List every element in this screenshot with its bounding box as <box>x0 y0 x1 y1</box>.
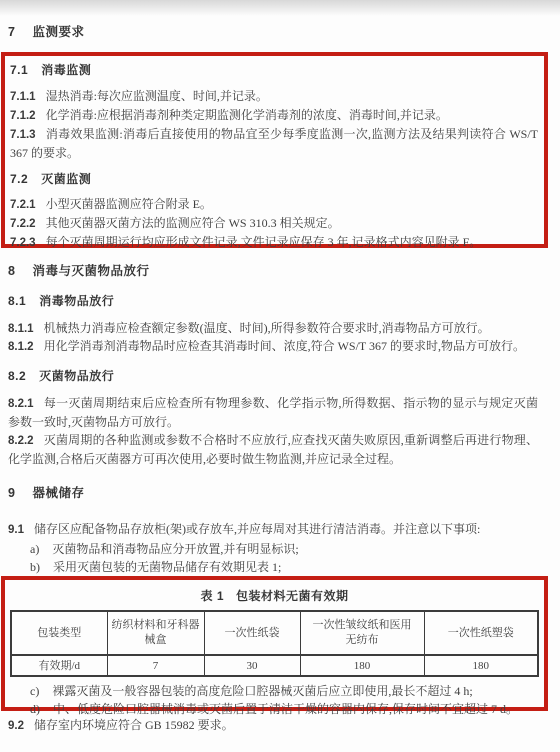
highlight-box-storage-table: 表 1包装材料无菌有效期 包装类型 纺织材料和牙科器械盒 一次性纸袋 一次性皱纹… <box>1 576 548 711</box>
list-item-letter: b) <box>30 560 40 574</box>
list-item-text: 采用灭菌包装的无菌物品储存有效期见表 1; <box>53 560 281 574</box>
clause-8-1-number: 8.1 <box>8 294 26 308</box>
table-1-label: 表 1 <box>200 589 224 603</box>
clause-text: 小型灭菌器监测应符合附录 E。 <box>46 197 212 211</box>
list-item-letter: d) <box>30 702 40 716</box>
section-8-number: 8 <box>8 264 15 278</box>
cell-value: 7 <box>107 655 204 676</box>
clause-7-1-3: 7.1.3消毒效果监测:消毒后直接使用的物品宜至少每季度监测一次,监测方法及结果… <box>10 125 538 162</box>
clause-7-2-3: 7.2.3每个灭菌周期运行均应形成文件记录,文件记录应保存 3 年,记录格式内容… <box>10 233 538 252</box>
cell-validity-label: 有效期/d <box>11 655 107 676</box>
clause-number: 8.1.2 <box>8 341 34 353</box>
clause-number: 7.2.2 <box>10 218 36 230</box>
list-item-letter: a) <box>30 542 39 556</box>
table-row: 有效期/d 7 30 180 180 <box>11 655 538 676</box>
clause-text: 用化学消毒剂消毒物品时应检查其消毒时间、浓度,符合 WS/T 367 的要求时,… <box>44 339 525 353</box>
clause-number: 9.1 <box>8 524 24 536</box>
clause-8-2-heading: 8.2灭菌物品放行 <box>8 367 538 385</box>
clause-text: 机械热力消毒应检查额定参数(温度、时间),所得参数符合要求时,消毒物品方可放行。 <box>44 321 490 335</box>
table-1-caption: 表 1包装材料无菌有效期 <box>5 587 544 605</box>
clause-text: 每一灭菌周期结束后应检查所有物理参数、化学指示物,所得数据、指示物的显示与规定灭… <box>8 396 538 429</box>
sterile-validity-table: 包装类型 纺织材料和牙科器械盒 一次性纸袋 一次性皱纹纸和医用 无纺布 一次性纸… <box>10 610 539 677</box>
clause-text: 储存室内环境应符合 GB 15982 要求。 <box>34 718 234 732</box>
clause-text: 消毒效果监测:消毒后直接使用的物品宜至少每季度监测一次,监测方法及结果判读符合 … <box>10 127 538 160</box>
clause-text: 湿热消毒:每次应监测温度、时间,并记录。 <box>46 89 268 103</box>
table-1-title: 包装材料无菌有效期 <box>236 589 349 603</box>
col-header-paper-bag: 一次性纸袋 <box>204 611 300 655</box>
col-header-textile-dental-box: 纺织材料和牙科器械盒 <box>107 611 204 655</box>
clause-8-1-title: 消毒物品放行 <box>39 294 114 308</box>
clause-text: 储存区应配备物品存放柜(架)或存放车,并应每周对其进行清洁消毒。并注意以下事项: <box>34 522 480 536</box>
cell-value: 180 <box>424 655 538 676</box>
clause-text: 其他灭菌器灭菌方法的监测应符合 WS 310.3 相关规定。 <box>46 216 340 230</box>
section-7-title: 监测要求 <box>32 25 84 39</box>
clause-number: 8.2.2 <box>8 435 34 447</box>
col-header-paper-plastic-bag: 一次性纸塑袋 <box>424 611 538 655</box>
clause-8-1-1: 8.1.1机械热力消毒应检查额定参数(温度、时间),所得参数符合要求时,消毒物品… <box>8 319 538 338</box>
section-9-number: 9 <box>8 486 15 500</box>
clause-8-1-heading: 8.1消毒物品放行 <box>8 292 538 310</box>
section-9-title: 器械储存 <box>32 486 84 500</box>
page-top-shading <box>0 0 560 16</box>
clause-8-1-2: 8.1.2用化学消毒剂消毒物品时应检查其消毒时间、浓度,符合 WS/T 367 … <box>8 337 538 356</box>
list-item-c: c)裸露灭菌及一般容器包装的高度危险口腔器械灭菌后应立即使用,最长不超过 4 h… <box>30 682 544 700</box>
clause-8-2-2: 8.2.2灭菌周期的各种监测或参数不合格时不应放行,应查找灭菌失败原因,重新调整… <box>8 431 538 468</box>
table-header-row: 包装类型 纺织材料和牙科器械盒 一次性纸袋 一次性皱纹纸和医用 无纺布 一次性纸… <box>11 611 538 655</box>
cell-value: 30 <box>204 655 300 676</box>
clause-text: 灭菌周期的各种监测或参数不合格时不应放行,应查找灭菌失败原因,重新调整后再进行物… <box>8 433 538 466</box>
col-header-package-type: 包装类型 <box>11 611 107 655</box>
clause-7-1-heading: 7.1消毒监测 <box>10 61 538 79</box>
list-item-b: b)采用灭菌包装的无菌物品储存有效期见表 1; <box>30 558 560 576</box>
clause-7-1-2: 7.1.2化学消毒:应根据消毒剂种类定期监测化学消毒剂的浓度、消毒时间,并记录。 <box>10 106 538 125</box>
clause-number: 7.1.3 <box>10 129 36 141</box>
clause-7-1-title: 消毒监测 <box>41 63 91 77</box>
clause-8-2-1: 8.2.1每一灭菌周期结束后应检查所有物理参数、化学指示物,所得数据、指示物的显… <box>8 394 538 431</box>
clause-9-1: 9.1储存区应配备物品存放柜(架)或存放车,并应每周对其进行清洁消毒。并注意以下… <box>8 520 538 539</box>
document-page: 7监测要求 7.1消毒监测 7.1.1湿热消毒:每次应监测温度、时间,并记录。 … <box>0 0 560 752</box>
clause-7-2-heading: 7.2灭菌监测 <box>10 170 538 188</box>
section-8-heading: 8消毒与灭菌物品放行 <box>8 262 538 280</box>
clause-7-2-2: 7.2.2其他灭菌器灭菌方法的监测应符合 WS 310.3 相关规定。 <box>10 214 538 233</box>
list-item-text: 中、低度危险口腔器械消毒或灭菌后置于清洁干燥的容器内保存,保存时间不宜超过 7 … <box>53 702 518 716</box>
clause-8-2-title: 灭菌物品放行 <box>39 369 114 383</box>
col-header-crepe-nonwoven: 一次性皱纹纸和医用 无纺布 <box>300 611 424 655</box>
clause-number: 7.2.3 <box>10 237 36 249</box>
section-7-heading: 7监测要求 <box>8 23 538 41</box>
clause-9-2: 9.2储存室内环境应符合 GB 15982 要求。 <box>8 716 538 735</box>
clause-number: 9.2 <box>8 720 24 732</box>
clause-number: 8.2.1 <box>8 398 34 410</box>
highlight-box-monitoring: 7.1消毒监测 7.1.1湿热消毒:每次应监测温度、时间,并记录。 7.1.2化… <box>1 52 548 248</box>
clause-number: 8.1.1 <box>8 323 34 335</box>
clause-7-2-number: 7.2 <box>10 172 28 186</box>
list-item-letter: c) <box>30 684 39 698</box>
list-item-text: 灭菌物品和消毒物品应分开放置,并有明显标识; <box>52 542 298 556</box>
clause-number: 7.2.1 <box>10 199 36 211</box>
clause-8-2-number: 8.2 <box>8 369 26 383</box>
list-item-a: a)灭菌物品和消毒物品应分开放置,并有明显标识; <box>30 540 560 558</box>
clause-7-2-1: 7.2.1小型灭菌器监测应符合附录 E。 <box>10 195 538 214</box>
clause-number: 7.1.2 <box>10 110 36 122</box>
section-9-heading: 9器械储存 <box>8 484 538 502</box>
clause-number: 7.1.1 <box>10 91 36 103</box>
clause-7-2-title: 灭菌监测 <box>41 172 91 186</box>
cell-value: 180 <box>300 655 424 676</box>
clause-text: 化学消毒:应根据消毒剂种类定期监测化学消毒剂的浓度、消毒时间,并记录。 <box>46 108 448 122</box>
section-8-title: 消毒与灭菌物品放行 <box>32 264 149 278</box>
section-7-number: 7 <box>8 25 15 39</box>
clause-text: 每个灭菌周期运行均应形成文件记录,文件记录应保存 3 年,记录格式内容见附录 F… <box>46 235 482 249</box>
list-item-text: 裸露灭菌及一般容器包装的高度危险口腔器械灭菌后应立即使用,最长不超过 4 h; <box>52 684 472 698</box>
clause-7-1-1: 7.1.1湿热消毒:每次应监测温度、时间,并记录。 <box>10 87 538 106</box>
clause-7-1-number: 7.1 <box>10 63 28 77</box>
